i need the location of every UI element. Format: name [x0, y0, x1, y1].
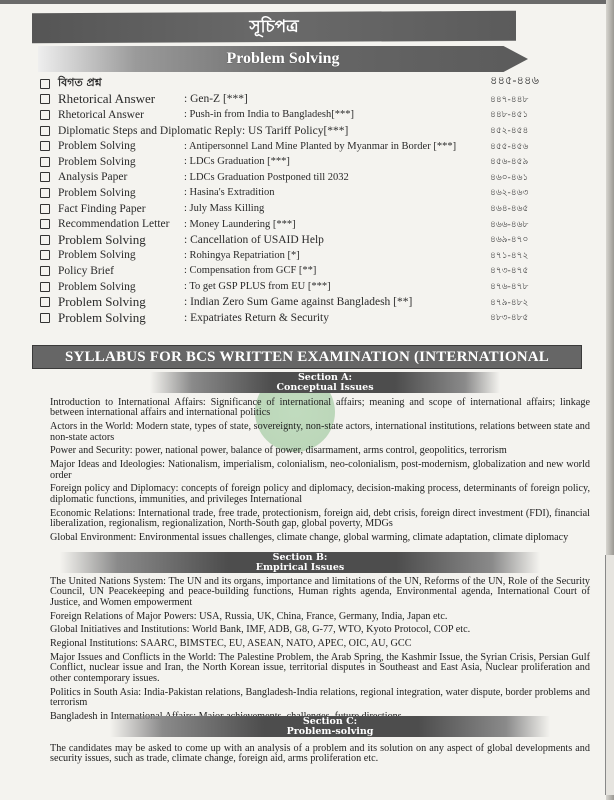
- toc-topic: : Antipersonnel Land Mine Planted by Mya…: [184, 141, 456, 152]
- toc-category: Diplomatic Steps and Diplomatic Reply: U…: [58, 125, 348, 137]
- toc-category: Problem Solving: [58, 249, 184, 261]
- toc-category: Problem Solving: [58, 187, 184, 199]
- toc-pages: ৪৮৩-৪৮৫: [490, 310, 528, 325]
- syllabus-paragraph: Foreign policy and Diplomacy: concepts o…: [50, 484, 590, 505]
- syllabus-paragraph: Foreign Relations of Major Powers: USA, …: [50, 612, 590, 622]
- syllabus-paragraph: Global Initiatives and Institutions: Wor…: [50, 625, 590, 635]
- syllabus-paragraph: Global Environment: Environmental issues…: [50, 533, 590, 543]
- toc-row: Policy Brief: Compensation from GCF [**]…: [40, 263, 550, 279]
- toc-topic: : Compensation from GCF [**]: [184, 265, 316, 276]
- toc-topic: : Gen-Z [***]: [184, 93, 248, 105]
- toc-topic: : Indian Zero Sum Game against Banglades…: [184, 296, 412, 308]
- toc-category: Recommendation Letter: [58, 218, 184, 230]
- checkbox-icon: [40, 282, 50, 292]
- toc-pages: ৪৪৭-৪৪৮: [490, 92, 528, 107]
- syllabus-paragraph: Power and Security: power, national powe…: [50, 446, 590, 456]
- page-top-edge: [0, 0, 614, 4]
- toc-topic: : Money Laundering [***]: [184, 219, 296, 230]
- toc-row: Problem Solving: Expatriates Return & Se…: [40, 310, 550, 326]
- section-c-body: The candidates may be asked to come up w…: [50, 744, 590, 768]
- toc-row: Analysis Paper: LDCs Graduation Postpone…: [40, 170, 550, 186]
- checkbox-icon: [40, 313, 50, 323]
- toc-category: Policy Brief: [58, 265, 184, 277]
- section-a-banner: Section A: Conceptual Issues: [150, 372, 500, 393]
- toc-row: Rhetorical Answer: Push-in from India to…: [40, 107, 550, 123]
- toc-row: Diplomatic Steps and Diplomatic Reply: U…: [40, 123, 550, 139]
- section-c-banner: Section C: Problem-solving: [110, 716, 550, 737]
- toc-pages: ৪৬৬-৪৬৮: [490, 217, 528, 232]
- syllabus-paragraph: The candidates may be asked to come up w…: [50, 744, 590, 765]
- checkbox-icon: [40, 250, 50, 260]
- checkbox-icon: [40, 235, 50, 245]
- toc-pages: ৪৭৬-৪৭৮: [490, 279, 528, 294]
- syllabus-paragraph: The United Nations System: The UN and it…: [50, 577, 590, 608]
- section-c-subheading: Problem-solving: [110, 727, 550, 737]
- toc-row: Fact Finding Paper: July Mass Killing৪৬৪…: [40, 201, 550, 217]
- checkbox-icon: [40, 172, 50, 182]
- toc-pages: ৪৭৯-৪৮২: [490, 295, 528, 310]
- checkbox-icon: [40, 266, 50, 276]
- toc-category: Rhetorical Answer: [58, 109, 184, 121]
- syllabus-paragraph: Economic Relations: International trade,…: [50, 509, 590, 530]
- contents-title-banner: সূচিপত্র: [32, 11, 516, 44]
- checkbox-icon: [40, 157, 50, 167]
- toc-row: Problem Solving: Indian Zero Sum Game ag…: [40, 294, 550, 310]
- toc-category: Fact Finding Paper: [58, 203, 184, 215]
- toc-topic: : Hasina's Extradition: [184, 187, 275, 198]
- syllabus-paragraph: Major Ideas and Ideologies: Nationalism,…: [50, 460, 590, 481]
- syllabus-paragraph: Politics in South Asia: India-Pakistan r…: [50, 688, 590, 709]
- toc-pages: ৪৫২-৪৫৪: [490, 123, 528, 138]
- toc-category: Problem Solving: [58, 294, 184, 310]
- toc-row: Problem Solving: Cancellation of USAID H…: [40, 232, 550, 248]
- section-b-subheading: Empirical Issues: [60, 563, 540, 573]
- section-b-banner: Section B: Empirical Issues: [60, 552, 540, 573]
- syllabus-paragraph: Regional Institutions: SAARC, BIMSTEC, E…: [50, 639, 590, 649]
- toc-category: Problem Solving: [58, 140, 184, 152]
- toc-topic: : July Mass Killing: [184, 203, 264, 214]
- table-of-contents: বিগত প্রশ্ন ৪৪৫-৪৪৬ Rhetorical Answer: G…: [40, 76, 550, 326]
- toc-row: Rhetorical Answer: Gen-Z [***]৪৪৭-৪৪৮: [40, 92, 550, 108]
- syllabus-paragraph: Actors in the World: Modern state, types…: [50, 422, 590, 443]
- checkbox-icon: [40, 141, 50, 151]
- toc-topic: : Expatriates Return & Security: [184, 312, 329, 324]
- toc-pages: ৪৬২-৪৬৩: [490, 185, 528, 200]
- checkbox-icon: [40, 297, 50, 307]
- toc-category: Analysis Paper: [58, 171, 184, 183]
- checkbox-icon: [40, 204, 50, 214]
- toc-row: Problem Solving: To get GSP PLUS from EU…: [40, 279, 550, 295]
- toc-row: Problem Solving: Antipersonnel Land Mine…: [40, 138, 550, 154]
- toc-topic: : Push-in from India to Bangladesh[***]: [184, 109, 354, 120]
- next-page-edge: [605, 555, 614, 795]
- toc-head-row: বিগত প্রশ্ন ৪৪৫-৪৪৬: [40, 76, 550, 92]
- toc-topic: : To get GSP PLUS from EU [***]: [184, 281, 331, 292]
- toc-row: Problem Solving: Rohingya Repatriation […: [40, 248, 550, 264]
- toc-category: Problem Solving: [58, 156, 184, 168]
- syllabus-paragraph: Major Issues and Conflicts in the World:…: [50, 653, 590, 684]
- toc-row: Problem Solving: LDCs Graduation [***]৪৫…: [40, 154, 550, 170]
- toc-pages: ৪৭৩-৪৭৫: [490, 263, 528, 278]
- toc-pages: ৪৭১-৪৭২: [490, 248, 528, 263]
- toc-pages: ৪৬৪-৪৬৫: [490, 201, 528, 216]
- toc-pages: ৪৫৫-৪৫৬: [490, 139, 528, 154]
- toc-pages: ৪৫৬-৪৫৯: [490, 154, 528, 169]
- toc-pages: ৪৬৯-৪৭০: [490, 232, 528, 247]
- section-a-body: Introduction to International Affairs: S…: [50, 398, 590, 547]
- syllabus-paragraph: Introduction to International Affairs: S…: [50, 398, 590, 419]
- checkbox-icon: [40, 110, 50, 120]
- section-b-body: The United Nations System: The UN and it…: [50, 577, 590, 726]
- toc-topic: : Rohingya Repatriation [*]: [184, 250, 300, 261]
- toc-row: Problem Solving: Hasina's Extradition৪৬২…: [40, 185, 550, 201]
- syllabus-title-banner: SYLLABUS FOR BCS WRITTEN EXAMINATION (IN…: [32, 345, 582, 369]
- toc-category: Problem Solving: [58, 281, 184, 293]
- checkbox-icon: [40, 126, 50, 136]
- toc-topic: : LDCs Graduation [***]: [184, 156, 290, 167]
- section-a-subheading: Conceptual Issues: [150, 383, 500, 393]
- problem-solving-banner: Problem Solving: [38, 46, 528, 72]
- toc-category: Problem Solving: [58, 232, 184, 248]
- checkbox-icon: [40, 94, 50, 104]
- toc-head-pages: ৪৪৫-৪৪৬: [490, 72, 539, 91]
- toc-category: Rhetorical Answer: [58, 91, 184, 107]
- checkbox-icon: [40, 188, 50, 198]
- checkbox-icon: [40, 79, 50, 89]
- checkbox-icon: [40, 219, 50, 229]
- toc-category: Problem Solving: [58, 310, 184, 326]
- toc-topic: : LDCs Graduation Postponed till 2032: [184, 172, 349, 183]
- toc-pages: ৪৬০-৪৬১: [490, 170, 528, 185]
- toc-row: Recommendation Letter: Money Laundering …: [40, 216, 550, 232]
- toc-topic: : Cancellation of USAID Help: [184, 234, 324, 246]
- toc-pages: ৪৪৮-৪৫১: [490, 107, 528, 122]
